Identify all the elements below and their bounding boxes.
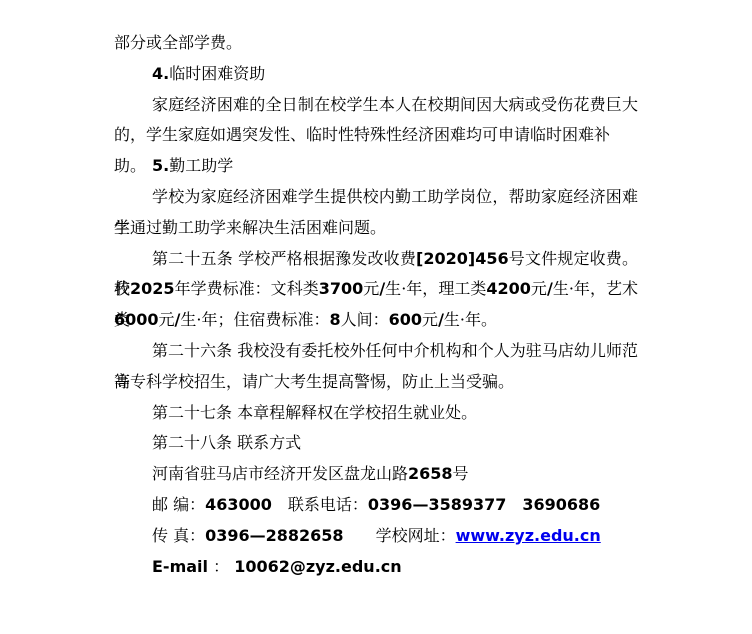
text-run: 学校网址： bbox=[344, 526, 456, 545]
bold-number-run: [2020]456 bbox=[416, 249, 509, 268]
doc-line-6: 学校为家庭经济困难学生提供校内勤工助学岗位，帮助家庭经济困难学 bbox=[114, 182, 638, 213]
doc-line-2-heading-4: 4.临时困难资助 bbox=[114, 59, 638, 90]
doc-line-10-accommodation: 6000元/生·年；住宿费标准：8人间：600元/生·年。 bbox=[114, 305, 638, 336]
doc-line-14-article-28: 第二十八条 联系方式 bbox=[114, 428, 638, 459]
bold-number-run: 6000 bbox=[114, 310, 159, 329]
text-run: 邮 编： bbox=[152, 495, 205, 514]
text-run: 生通过勤工助学来解决生活困难问题。 bbox=[114, 218, 386, 237]
text-run: 家庭经济困难的全日制在校学生本人在校期间因大病或受伤花费巨大 bbox=[152, 95, 638, 114]
school-website-link[interactable]: www.zyz.edu.cn bbox=[456, 526, 601, 545]
doc-line-5-heading-5: 5.勤工助学 bbox=[114, 151, 638, 182]
doc-line-11-article-26: 第二十六条 我校没有委托校外任何中介机构和个人为驻马店幼儿师范高 bbox=[114, 336, 638, 367]
doc-line-13-article-27: 第二十七条 本章程解释权在学校招生就业处。 bbox=[114, 398, 638, 429]
text-run: 传 真： bbox=[152, 526, 205, 545]
doc-line-16-postcode-phone: 邮 编：463000 联系电话：0396—3589377 3690686 bbox=[114, 490, 638, 521]
doc-line-4: 的，学生家庭如遇突发性、临时性特殊性经济困难均可申请临时困难补助。 bbox=[114, 120, 638, 151]
text-run: 元 bbox=[422, 310, 438, 329]
bold-number-run: 2025 bbox=[130, 279, 175, 298]
text-run: 第二十七条 本章程解释权在学校招生就业处。 bbox=[152, 403, 477, 422]
bold-number-run: 2658 bbox=[408, 464, 453, 483]
email-address-run: 10062@zyz.edu.cn bbox=[234, 557, 401, 576]
text-run: 元 bbox=[363, 279, 379, 298]
bold-number-run: 4. bbox=[152, 64, 169, 83]
doc-line-1: 部分或全部学费。 bbox=[114, 28, 638, 59]
email-label-run: E-mail bbox=[152, 557, 208, 576]
doc-line-15-address: 河南省驻马店市经济开发区盘龙山路2658号 bbox=[114, 459, 638, 490]
text-run: 联系电话： bbox=[272, 495, 368, 514]
doc-line-12: 等专科学校招生，请广大考生提高警惕，防止上当受骗。 bbox=[114, 367, 638, 398]
text-run: 勤工助学 bbox=[169, 156, 233, 175]
bold-number-run: 5. bbox=[152, 156, 169, 175]
text-run: 河南省驻马店市经济开发区盘龙山路 bbox=[152, 464, 408, 483]
phone-numbers-run: 0396—3589377 3690686 bbox=[368, 495, 600, 514]
text-run: 等专科学校招生，请广大考生提高警惕，防止上当受骗。 bbox=[114, 372, 514, 391]
text-run: 部分或全部学费。 bbox=[114, 33, 242, 52]
text-run: 生·年；住宿费标准： bbox=[180, 310, 329, 329]
text-run: 年学费标准：文科类 bbox=[175, 279, 319, 298]
text-run: 号 bbox=[453, 464, 469, 483]
text-run: 第二十五条 学校严格根据豫发改收费 bbox=[152, 249, 416, 268]
text-run: 第二十八条 联系方式 bbox=[152, 433, 301, 452]
doc-line-18-email: E-mail ： 10062@zyz.edu.cn bbox=[114, 552, 638, 583]
bold-number-run: 3700 bbox=[319, 279, 364, 298]
text-run: 临时困难资助 bbox=[169, 64, 265, 83]
doc-line-17-fax-website: 传 真：0396—2882658 学校网址：www.zyz.edu.cn bbox=[114, 521, 638, 552]
text-run: 元 bbox=[159, 310, 175, 329]
text-run: ： bbox=[208, 557, 234, 576]
text-run: 校 bbox=[114, 279, 130, 298]
postcode-run: 463000 bbox=[205, 495, 272, 514]
document-page: 部分或全部学费。 4.临时困难资助 家庭经济困难的全日制在校学生本人在校期间因大… bbox=[114, 28, 638, 582]
text-run: 生·年。 bbox=[444, 310, 497, 329]
bold-number-run: 600 bbox=[389, 310, 422, 329]
text-run: 人间： bbox=[341, 310, 389, 329]
doc-line-9-tuition: 校2025年学费标准：文科类3700元/生·年，理工类4200元/生·年，艺术类 bbox=[114, 274, 638, 305]
doc-line-7: 生通过勤工助学来解决生活困难问题。 bbox=[114, 213, 638, 244]
bold-number-run: 4200 bbox=[486, 279, 531, 298]
doc-line-8-article-25: 第二十五条 学校严格根据豫发改收费[2020]456号文件规定收费。我 bbox=[114, 244, 638, 275]
text-run: 元 bbox=[531, 279, 547, 298]
fax-number-run: 0396—2882658 bbox=[205, 526, 343, 545]
text-run: 生·年，理工类 bbox=[385, 279, 486, 298]
doc-line-3: 家庭经济困难的全日制在校学生本人在校期间因大病或受伤花费巨大 bbox=[114, 90, 638, 121]
bold-number-run: 8 bbox=[329, 310, 340, 329]
